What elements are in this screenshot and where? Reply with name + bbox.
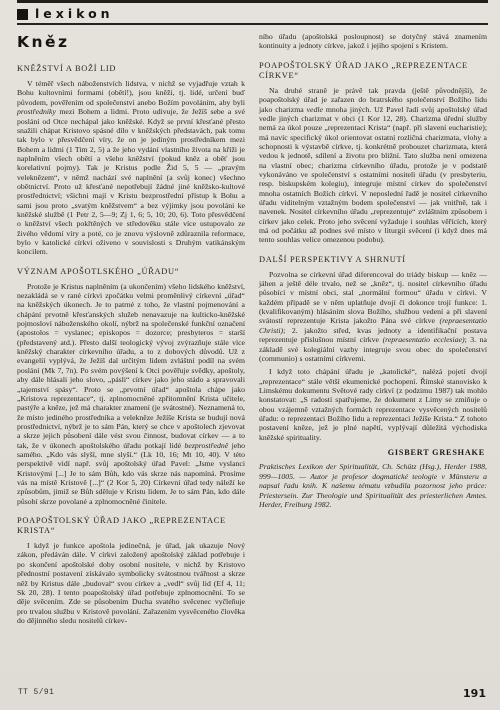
- column-left-blocks: KNĚŽSTVÍ A BOŽÍ LIDV téměř všech nábožen…: [17, 64, 245, 625]
- bibliography: Praktisches Lexikon der Spiritualität, C…: [259, 462, 487, 510]
- column-left: Kněz KNĚŽSTVÍ A BOŽÍ LIDV téměř všech ná…: [17, 25, 245, 625]
- masthead: lexikon: [17, 5, 488, 25]
- top-rule: [17, 0, 488, 3]
- section-heading: VÝZNAM APOŠOTLSKÉHO „ÚŘADU“: [17, 267, 245, 277]
- body-paragraph: Pozvolna se církevní úřad diferencoval d…: [259, 270, 487, 363]
- section-heading: POAPOŠTOLSKÝ ÚŘAD JAKO „REPREZENTACE KRI…: [17, 516, 245, 536]
- section-heading: KNĚŽSTVÍ A BOŽÍ LID: [17, 64, 245, 74]
- magazine-page: lexikon Kněz KNĚŽSTVÍ A BOŽÍ LIDV téměř …: [0, 0, 500, 710]
- page-title: Kněz: [17, 34, 245, 51]
- body-paragraph: I když toto chápání úřadu je „katolické“…: [259, 367, 487, 442]
- author-name: GISBERT GRESHAKE: [259, 448, 485, 457]
- footer-journal-code: TT 5/91: [18, 689, 54, 697]
- body-paragraph: Protože je Kristus naplněním (a ukončení…: [17, 282, 245, 506]
- body-paragraph: V téměř všech náboženstvích lidstva, v n…: [17, 79, 245, 257]
- footer-page-number: 191: [463, 687, 486, 700]
- article-body: Kněz KNĚŽSTVÍ A BOŽÍ LIDV téměř všech ná…: [17, 25, 488, 625]
- section-heading: DALŠÍ PERSPEKTIVY A SHRNUTÍ: [259, 255, 487, 265]
- column-right: ního úřadu (apoštolská posloupnost) se d…: [259, 25, 487, 625]
- body-paragraph: Na druhé straně je právě tak pravda (ješ…: [259, 86, 487, 245]
- section-heading: POAPOŠTOLSKÝ ÚŘAD JAKO „REPREZENTACE CÍR…: [259, 61, 487, 81]
- body-paragraph: I když je funkce apoštola jedinečná, je …: [17, 541, 245, 625]
- black-square-icon: [17, 9, 28, 20]
- section-label: lexikon: [35, 8, 114, 21]
- body-paragraph: ního úřadu (apoštolská posloupnost) se d…: [259, 32, 487, 51]
